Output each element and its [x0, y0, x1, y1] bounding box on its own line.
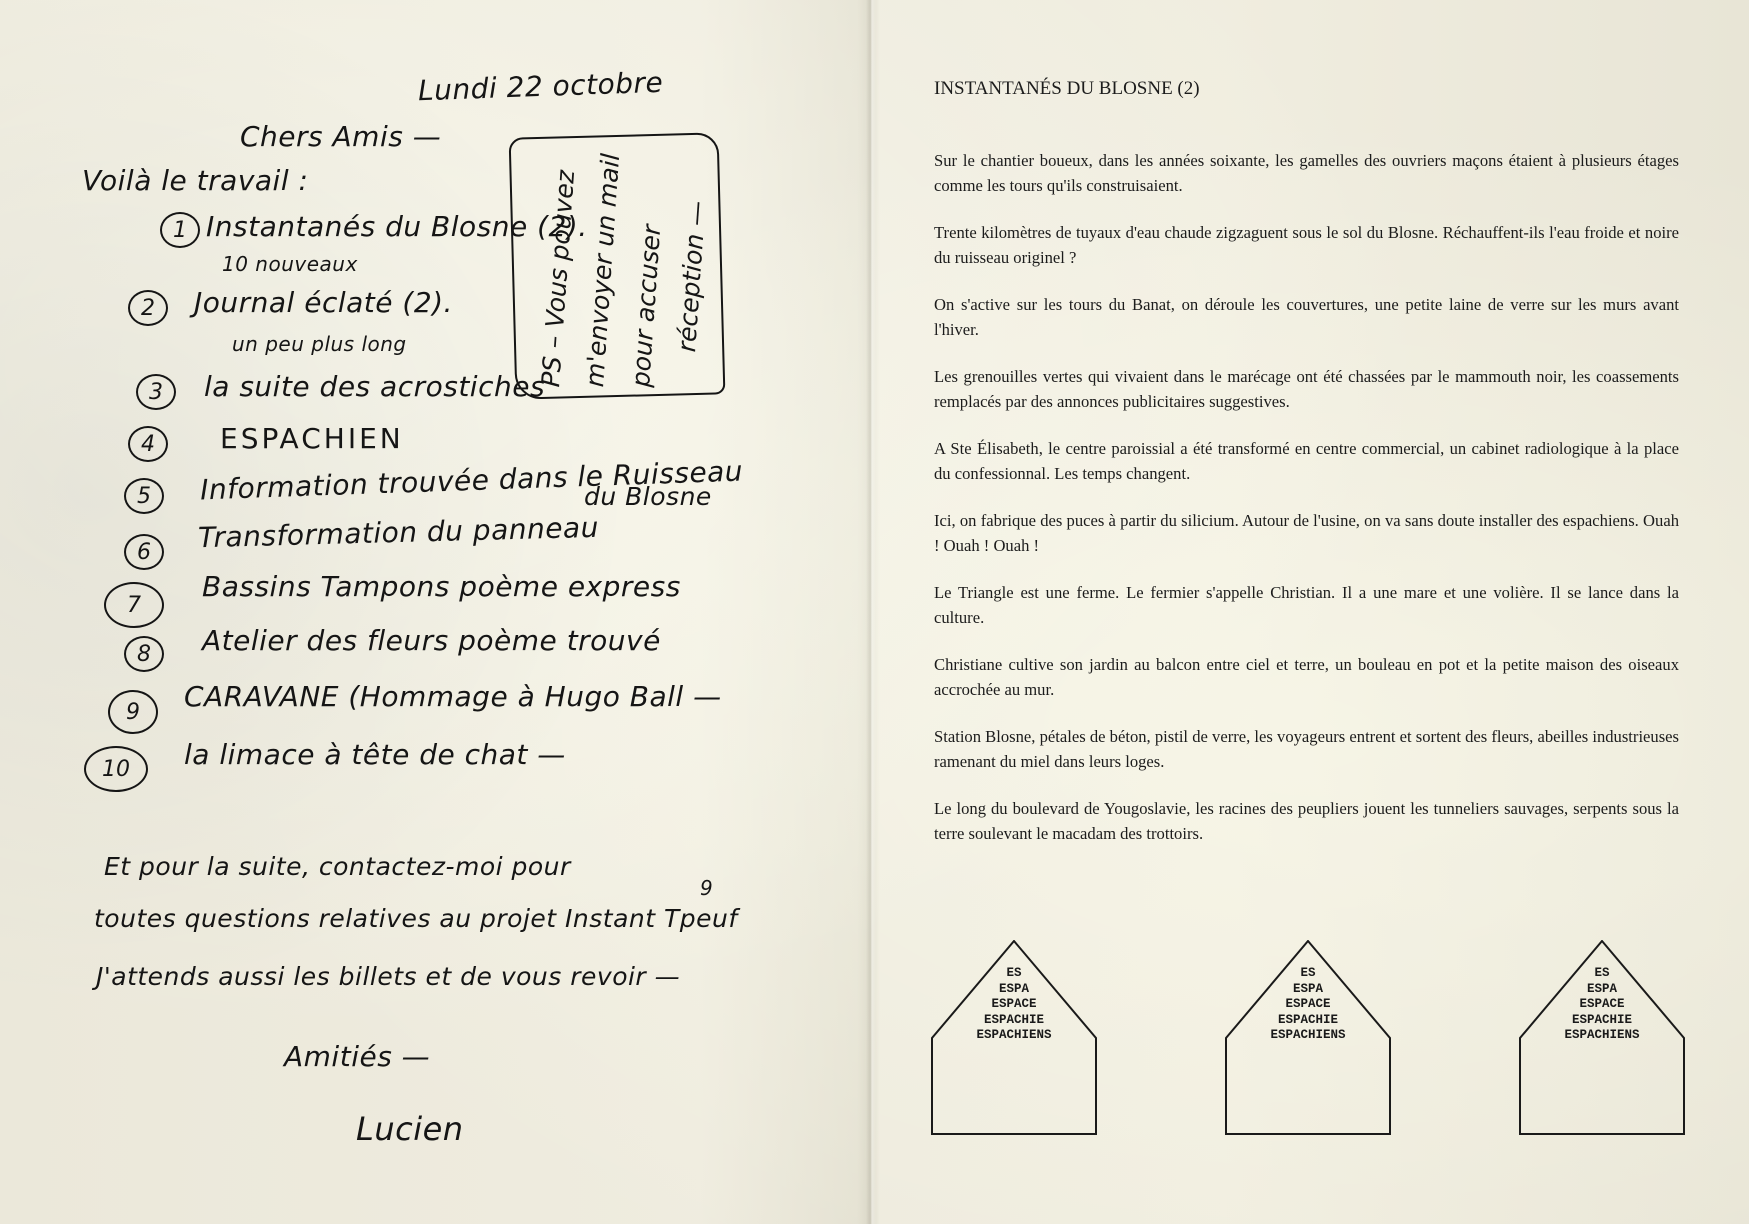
house-word: ESPACHIE — [1224, 1013, 1392, 1029]
item-2-note: un peu plus long — [232, 332, 407, 356]
item-number-6: 6 — [124, 534, 164, 570]
booklet-spread: Lundi 22 octobre Chers Amis — Voilà le t… — [0, 0, 1749, 1224]
paragraph-8: Christiane cultive son jardin au balcon … — [934, 652, 1679, 702]
ps-note: PS – Vous pouvez m'envoyer un mail pour … — [528, 146, 718, 390]
letter-date: Lundi 22 octobre — [417, 66, 663, 108]
signature: Lucien — [356, 1110, 464, 1148]
item-number-5: 5 — [124, 478, 164, 514]
item-9-text: CARAVANE (Hommage à Hugo Ball — — [184, 680, 722, 713]
house-word-pyramid: ES ESPA ESPACE ESPACHIE ESPACHIENS — [930, 966, 1098, 1044]
paragraph-9: Station Blosne, pétales de béton, pistil… — [934, 724, 1679, 774]
house-word: ESPACHIENS — [1224, 1028, 1392, 1044]
paragraph-3: On s'active sur les tours du Banat, on d… — [934, 292, 1679, 342]
page-title: INSTANTANÉS DU BLOSNE (2) — [934, 78, 1200, 100]
item-number-2: 2 — [128, 290, 168, 326]
house-word: ESPACHIENS — [930, 1028, 1098, 1044]
handwritten-letter-page: Lundi 22 octobre Chers Amis — Voilà le t… — [0, 0, 868, 1224]
item-number-3: 3 — [136, 374, 176, 410]
item-number-1: 1 — [160, 212, 200, 248]
house-word: ESPACHIE — [1518, 1013, 1686, 1029]
espachien-house-1: ES ESPA ESPACE ESPACHIE ESPACHIENS — [930, 940, 1098, 1136]
espachien-house-3: ES ESPA ESPACE ESPACHIE ESPACHIENS — [1518, 940, 1686, 1136]
item-number-9: 9 — [108, 690, 158, 734]
house-word: ESPACHIE — [930, 1013, 1098, 1029]
espachien-house-2: ES ESPA ESPACE ESPACHIE ESPACHIENS — [1224, 940, 1392, 1136]
house-word: ESPACE — [1224, 997, 1392, 1013]
house-word-pyramid: ES ESPA ESPACE ESPACHIE ESPACHIENS — [1518, 966, 1686, 1044]
house-word: ES — [1224, 966, 1392, 982]
house-word-pyramid: ES ESPA ESPACE ESPACHIE ESPACHIENS — [1224, 966, 1392, 1044]
closing-line-3: J'attends aussi les billets et de vous r… — [96, 962, 680, 991]
paragraph-6: Ici, on fabrique des puces à partir du s… — [934, 508, 1679, 558]
item-5-note: du Blosne — [584, 482, 712, 511]
item-2-text: Journal éclaté (2). — [194, 286, 453, 319]
signoff: Amitiés — — [284, 1040, 430, 1073]
paragraph-5: A Ste Élisabeth, le centre paroissial a … — [934, 436, 1679, 486]
house-word: ESPA — [1518, 982, 1686, 998]
item-8-text: Atelier des fleurs poème trouvé — [202, 624, 661, 657]
closing-superscript: 9 — [700, 876, 713, 900]
ps-line-2: m'envoyer un mail — [580, 152, 625, 388]
item-1-note: 10 nouveaux — [222, 252, 358, 276]
closing-line-1: Et pour la suite, contactez-moi pour — [104, 852, 571, 881]
house-word: ESPACE — [1518, 997, 1686, 1013]
item-6-text: Transformation du panneau — [198, 511, 600, 554]
item-7-text: Bassins Tampons poème express — [202, 570, 681, 603]
house-word: ESPA — [1224, 982, 1392, 998]
paragraph-10: Le long du boulevard de Yougoslavie, les… — [934, 796, 1679, 846]
house-word: ESPACE — [930, 997, 1098, 1013]
house-word: ESPA — [930, 982, 1098, 998]
item-number-8: 8 — [124, 636, 164, 672]
item-3-text: la suite des acrostiches — [204, 370, 545, 403]
ps-line-4: réception — — [672, 200, 711, 353]
item-4-text: ESPACHIEN — [220, 422, 404, 455]
item-number-4: 4 — [128, 426, 168, 462]
letter-intro: Voilà le travail : — [82, 164, 308, 197]
item-10-text: la limace à tête de chat — — [184, 738, 566, 771]
item-number-10: 10 — [84, 746, 148, 792]
house-word: ES — [1518, 966, 1686, 982]
house-word: ES — [930, 966, 1098, 982]
letter-greeting: Chers Amis — — [240, 120, 441, 153]
closing-line-2: toutes questions relatives au projet Ins… — [94, 904, 738, 933]
paragraph-2: Trente kilomètres de tuyaux d'eau chaude… — [934, 220, 1679, 270]
item-number-7: 7 — [104, 582, 164, 628]
house-word: ESPACHIENS — [1518, 1028, 1686, 1044]
paragraph-4: Les grenouilles vertes qui vivaient dans… — [934, 364, 1679, 414]
ps-line-1: PS – Vous pouvez — [536, 169, 580, 388]
paragraph-7: Le Triangle est une ferme. Le fermier s'… — [934, 580, 1679, 630]
ps-line-3: pour accuser — [626, 224, 666, 388]
paragraph-1: Sur le chantier boueux, dans les années … — [934, 148, 1679, 198]
